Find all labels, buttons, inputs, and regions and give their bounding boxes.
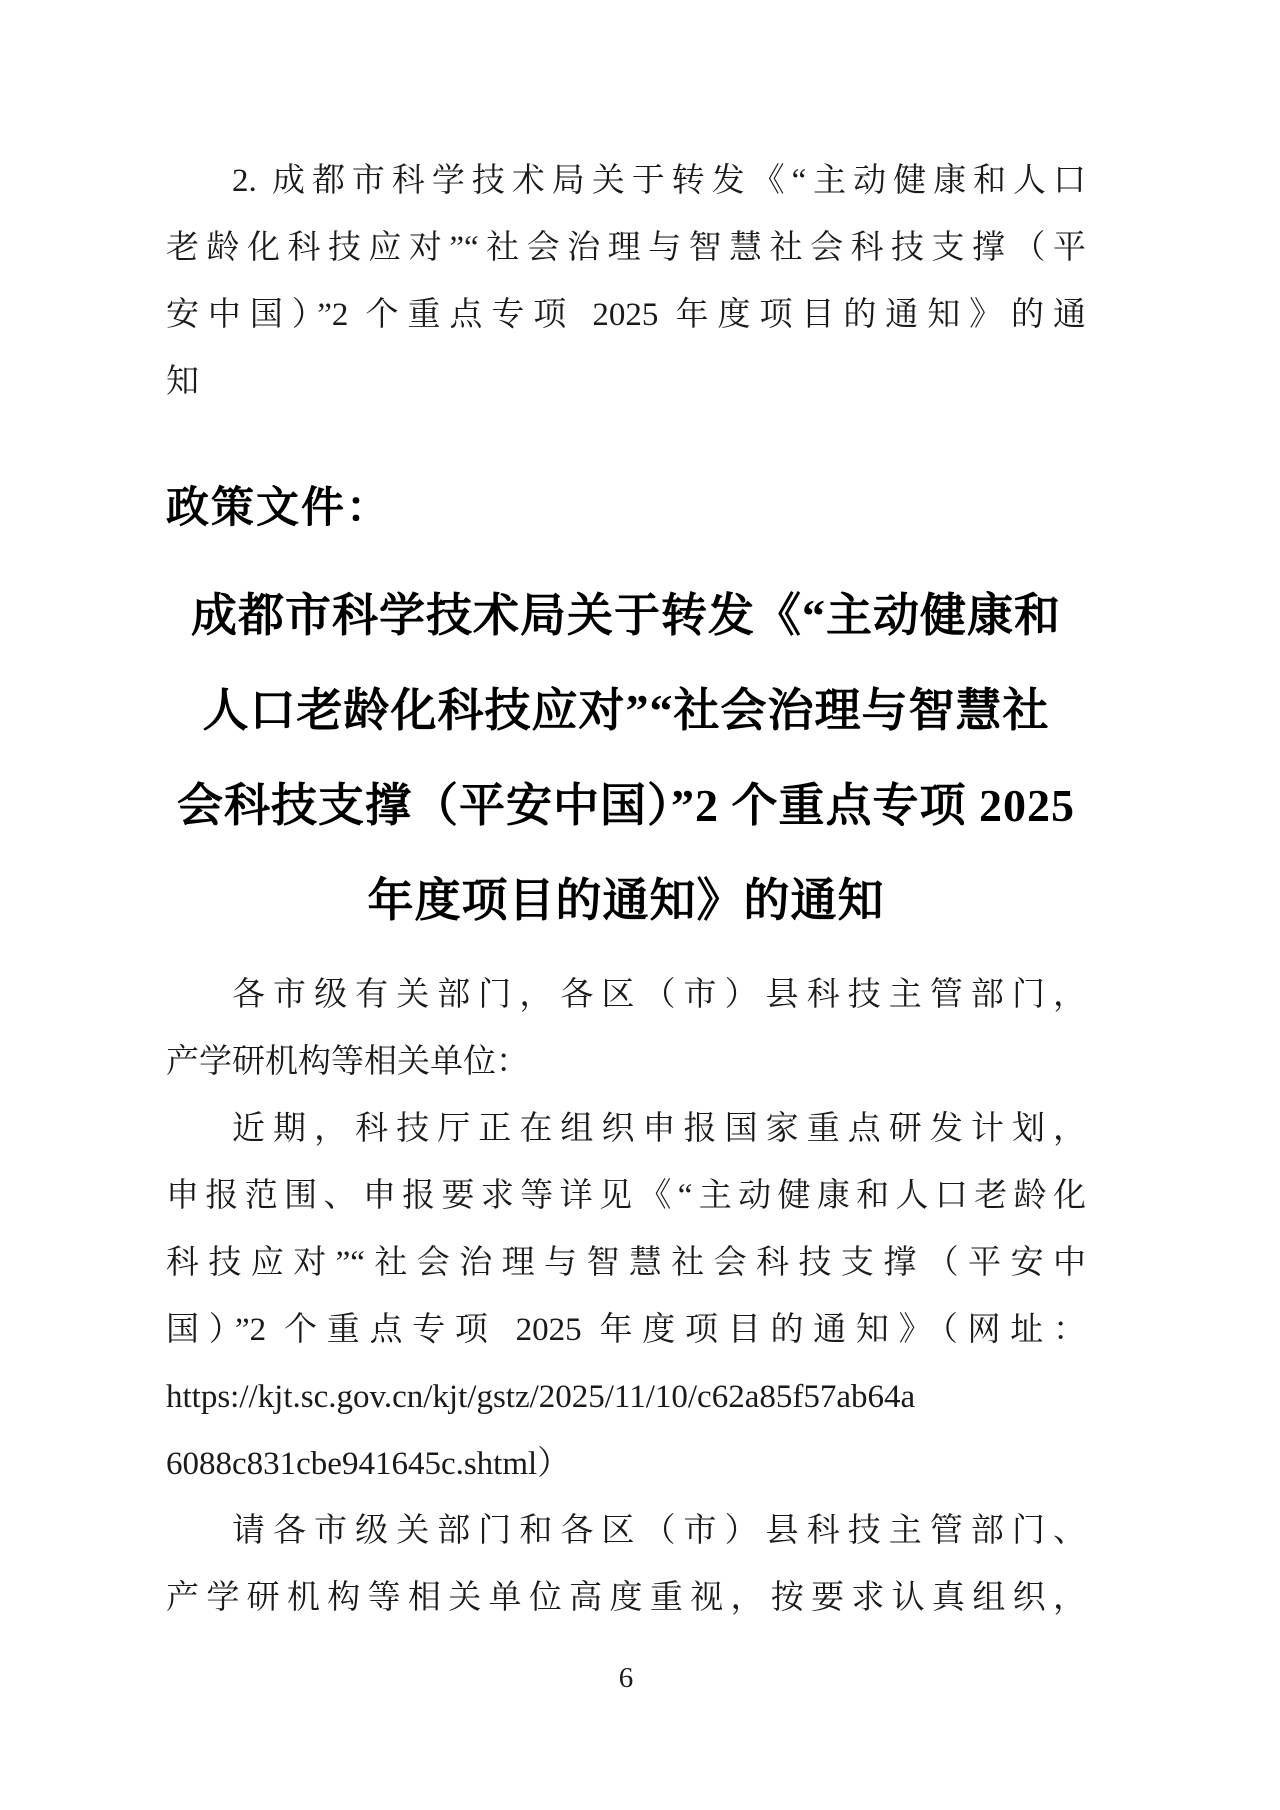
body-line-3: 近期，科技厅正在组织申报国家重点研发计划， bbox=[166, 1096, 1086, 1163]
intro-line-4: 知 bbox=[166, 349, 1086, 416]
body-line-url-2: 6088c831cbe941645c.shtml） bbox=[166, 1431, 1086, 1498]
body-line-5: 科技应对”“社会治理与智慧社会科技支撑（平安中 bbox=[166, 1230, 1086, 1297]
title-line-2: 人口老龄化科技应对”“社会治理与智慧社 bbox=[166, 663, 1086, 758]
body-line-url-1: https://kjt.sc.gov.cn/kjt/gstz/2025/11/1… bbox=[166, 1364, 1086, 1431]
page-number: 6 bbox=[166, 1658, 1086, 1698]
intro-line-2: 老龄化科技应对”“社会治理与智慧社会科技支撑（平 bbox=[166, 215, 1086, 282]
document-title: 成都市科学技术局关于转发《“主动健康和 人口老龄化科技应对”“社会治理与智慧社 … bbox=[166, 568, 1086, 948]
title-line-3: 会科技支撑（平安中国）”2 个重点专项 2025 bbox=[166, 758, 1086, 853]
intro-line-1: 2. 成都市科学技术局关于转发《“主动健康和人口 bbox=[166, 148, 1086, 215]
document-page: 2. 成都市科学技术局关于转发《“主动健康和人口 老龄化科技应对”“社会治理与智… bbox=[0, 0, 1280, 1810]
body-line-6: 国）”2 个重点专项 2025 年度项目的通知》（网址： bbox=[166, 1297, 1086, 1364]
body-line-9: 请各市级关部门和各区（市）县科技主管部门、 bbox=[166, 1498, 1086, 1565]
body-text: 各市级有关部门，各区（市）县科技主管部门， 产学研机构等相关单位： 近期，科技厅… bbox=[166, 962, 1086, 1632]
title-line-1: 成都市科学技术局关于转发《“主动健康和 bbox=[166, 568, 1086, 663]
intro-line-3: 安中国）”2 个重点专项 2025 年度项目的通知》的通 bbox=[166, 282, 1086, 349]
intro-paragraph: 2. 成都市科学技术局关于转发《“主动健康和人口 老龄化科技应对”“社会治理与智… bbox=[166, 148, 1086, 416]
body-line-4: 申报范围、申报要求等详见《“主动健康和人口老龄化 bbox=[166, 1163, 1086, 1230]
title-line-4: 年度项目的通知》的通知 bbox=[166, 853, 1086, 948]
body-line-1: 各市级有关部门，各区（市）县科技主管部门， bbox=[166, 962, 1086, 1029]
body-line-10: 产学研机构等相关单位高度重视，按要求认真组织， bbox=[166, 1565, 1086, 1632]
section-heading: 政策文件： bbox=[166, 480, 1086, 538]
body-line-2: 产学研机构等相关单位： bbox=[166, 1029, 1086, 1096]
